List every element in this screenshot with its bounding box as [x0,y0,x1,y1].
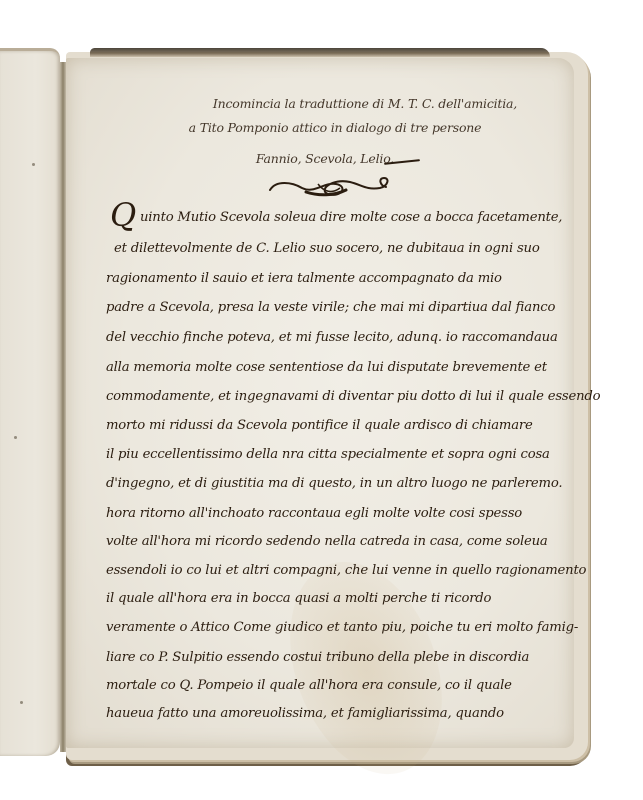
heading-line-2: a Tito Pomponio attico in dialogo di tre… [66,120,574,135]
manuscript-line: haueua fatto una amoreuolissima, et fami… [106,706,504,721]
manuscript-page: Incomincia la traduttione di M. T. C. de… [66,58,574,748]
paper-speck [14,436,17,439]
manuscript-line: padre a Scevola, presa la veste virile; … [106,300,555,315]
manuscript-line: il quale all'hora era in bocca quasi a m… [106,591,491,606]
manuscript-line: d'ingegno, et di giustitia ma di questo,… [106,476,562,491]
heading-line-3: Fannio, Scevola, Lelio. [66,151,574,166]
manuscript-line: essendoli io co lui et altri compagni, c… [106,563,586,578]
manuscript-line: uinto Mutio Scevola soleua dire molte co… [140,210,562,225]
calligraphic-flourish-icon [262,172,402,202]
manuscript-line: il piu eccellentissimo della nra citta s… [106,447,550,462]
manuscript-line: morto mi ridussi da Scevola pontifice il… [106,418,533,433]
paper-speck [20,701,23,704]
manuscript-line: alla memoria molte cose sententiose da l… [106,360,547,375]
manuscript-line: ragionamento il sauio et iera talmente a… [106,271,502,286]
left-facing-page [0,48,60,756]
manuscript-line: veramente o Attico Come giudico et tanto… [106,620,578,635]
paper-speck [32,163,35,166]
manuscript-line: et dilettevolmente de C. Lelio suo socer… [114,241,540,256]
drop-cap: Q [110,199,136,231]
manuscript-line: mortale co Q. Pompeio il quale all'hora … [106,678,512,693]
manuscript-line: volte all'hora mi ricordo sedendo nella … [106,534,548,549]
manuscript-line: hora ritorno all'inchoato raccontaua egl… [106,506,522,521]
manuscript-line: commodamente, et ingegnavami di diventar… [106,389,600,404]
heading-line-1: Incomincia la traduttione di M. T. C. de… [66,96,574,111]
page-top-worn-edge [90,48,550,57]
manuscript-line: del vecchio finche poteva, et mi fusse l… [106,330,558,345]
manuscript-line: liare co P. Sulpitio essendo costui trib… [106,650,529,665]
